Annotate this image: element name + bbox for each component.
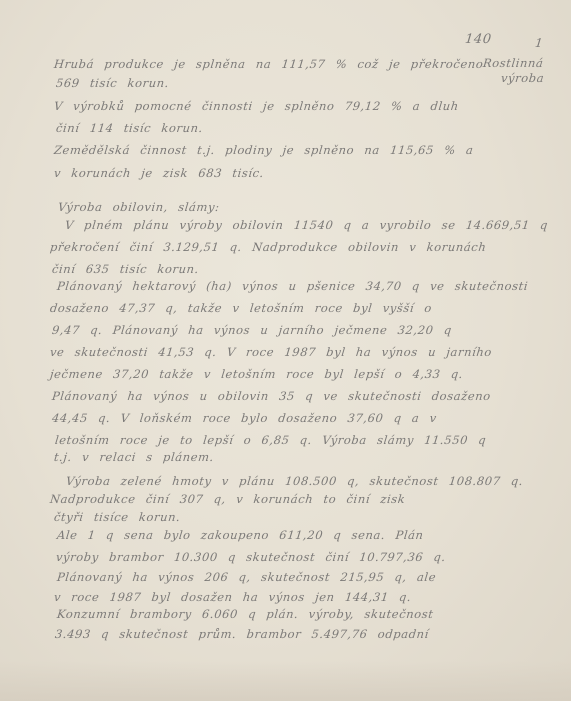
- handwritten-line: v korunách je zisk 683 tisíc.: [53, 166, 264, 180]
- handwritten-line: Plánovaný ha výnos 206 q, skutečnost 215…: [56, 570, 437, 584]
- margin-note-line-1: Rostlinná: [482, 56, 544, 70]
- handwritten-line: Hrubá produkce je splněna na 111,57 % co…: [53, 57, 484, 71]
- handwritten-line: činí 114 tisíc korun.: [55, 121, 203, 135]
- handwritten-line: letošním roce je to lepší o 6,85 q. Výro…: [54, 433, 487, 447]
- handwritten-line: Výroba obilovin, slámy:: [57, 200, 220, 214]
- handwritten-line: Ale 1 q sena bylo zakoupeno 611,20 q sen…: [56, 528, 424, 542]
- handwritten-page: 140 1 Rostlinná výroba Hrubá produkce je…: [0, 0, 571, 701]
- handwritten-line: Plánovaný ha výnos u obilovin 35 q ve sk…: [51, 389, 491, 403]
- handwritten-line: Plánovaný hektarový (ha) výnos u pšenice…: [56, 279, 529, 293]
- handwritten-line: 9,47 q. Plánovaný ha výnos u jarního ječ…: [51, 323, 452, 337]
- handwritten-line: V plném plánu výroby obilovin 11540 q a …: [64, 218, 549, 232]
- handwritten-line: činí 635 tisíc korun.: [51, 262, 199, 276]
- handwritten-line: ječmene 37,20 takže v letošním roce byl …: [49, 367, 464, 381]
- handwritten-line: t.j. v relaci s plánem.: [53, 450, 214, 464]
- handwritten-line: 569 tisíc korun.: [55, 76, 170, 90]
- handwritten-line: 3.493 q skutečnost prům. brambor 5.497,7…: [54, 627, 429, 641]
- handwritten-line: Výroba zelené hmoty v plánu 108.500 q, s…: [65, 474, 524, 488]
- margin-note-line-2: výroba: [500, 71, 545, 85]
- handwritten-line: v roce 1987 byl dosažen ha výnos jen 144…: [53, 590, 412, 604]
- handwritten-line: dosaženo 47,37 q, takže v letošním roce …: [49, 301, 432, 315]
- handwritten-line: Konzumní brambory 6.060 q plán. výroby, …: [56, 607, 434, 621]
- page-number: 140: [464, 32, 492, 47]
- corner-mark: 1: [534, 36, 544, 50]
- handwritten-line: čtyři tisíce korun.: [53, 510, 181, 524]
- handwritten-line: Zemědělská činnost t.j. plodiny je splně…: [53, 143, 474, 157]
- handwritten-line: Nadprodukce činí 307 q, v korunách to či…: [49, 492, 406, 506]
- handwritten-line: výroby brambor 10.300 q skutečnost činí …: [55, 550, 446, 564]
- handwritten-line: 44,45 q. V loňském roce bylo dosaženo 37…: [51, 411, 437, 425]
- handwritten-line: překročení činí 3.129,51 q. Nadprodukce …: [49, 240, 487, 254]
- handwritten-line: ve skutečnosti 41,53 q. V roce 1987 byl …: [49, 345, 492, 359]
- handwritten-line: V výrobků pomocné činnosti je splněno 79…: [53, 99, 459, 113]
